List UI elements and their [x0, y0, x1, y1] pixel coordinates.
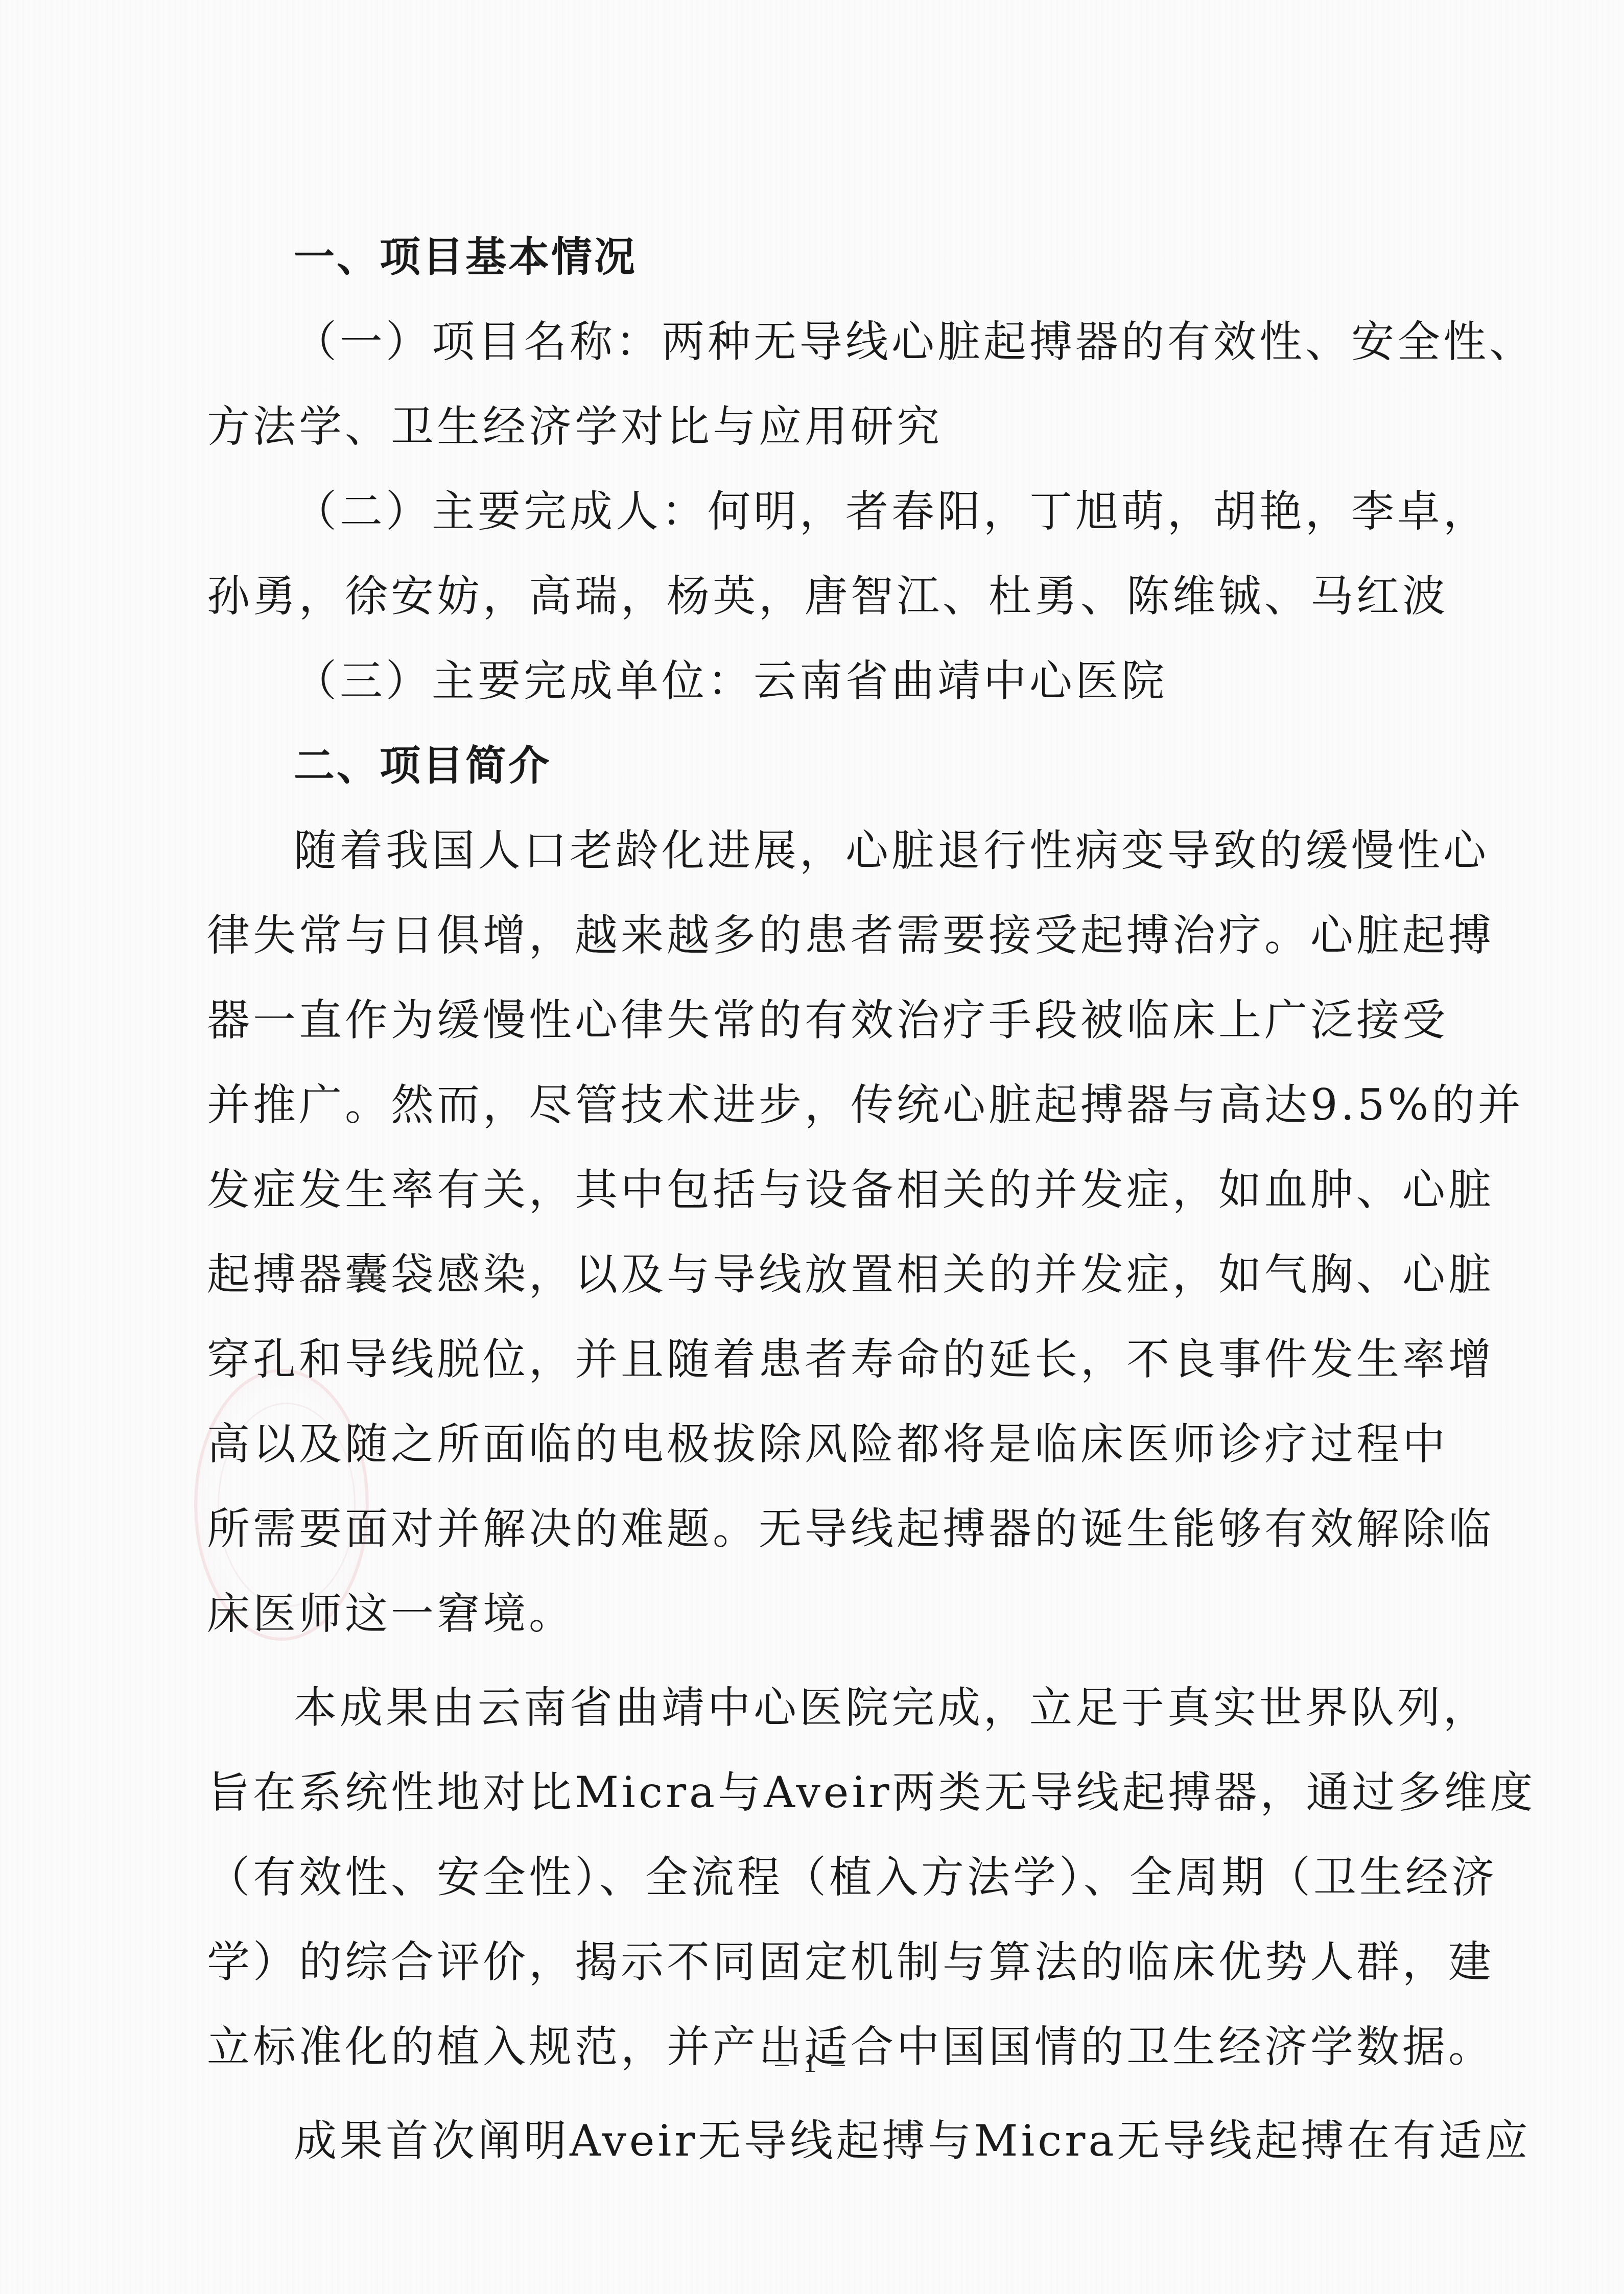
paragraph-line: 高以及随之所面临的电极拔除风险都将是临床医师诊疗过程中 [207, 1402, 1430, 1486]
paragraph-line: 所需要面对并解决的难题。无导线起搏器的诞生能够有效解除临 [207, 1486, 1430, 1571]
project-name-line-2: 方法学、卫生经济学对比与应用研究 [207, 384, 1430, 469]
paragraph-line: 穿孔和导线脱位，并且随着患者寿命的延长，不良事件发生率增 [207, 1317, 1430, 1402]
paragraph-line: 器一直作为缓慢性心律失常的有效治疗手段被临床上广泛接受 [207, 978, 1430, 1062]
paragraph-line: 成果首次阐明Aveir无导线起搏与Micra无导线起搏在有适应 [207, 2098, 1430, 2183]
paragraph-achievement-findings: 成果首次阐明Aveir无导线起搏与Micra无导线起搏在有适应 [207, 2098, 1430, 2183]
paragraph-line: 发症发生率有关，其中包括与设备相关的并发症，如血肿、心脏 [207, 1147, 1430, 1232]
paragraph-line: 并推广。然而，尽管技术进步，传统心脏起搏器与高达9.5%的并 [207, 1062, 1430, 1147]
paragraph-achievement-overview: 本成果由云南省曲靖中心医院完成，立足于真实世界队列， 旨在系统性地对比Micra… [207, 1665, 1430, 2089]
section-heading-basic-info: 一、项目基本情况 [207, 215, 1430, 299]
paragraph-line: 学）的综合评价，揭示不同固定机制与算法的临床优势人群，建 [207, 1920, 1430, 2004]
project-name-line-1: （一）项目名称：两种无导线心脏起搏器的有效性、安全性、 [207, 299, 1430, 384]
page-number: – 1 – [0, 2048, 1624, 2078]
paragraph-line: 随着我国人口老龄化进展，心脏退行性病变导致的缓慢性心 [207, 808, 1430, 893]
contributors-line-1: （二）主要完成人：何明，者春阳，丁旭萌，胡艳，李卓， [207, 469, 1430, 554]
paragraph-line: 旨在系统性地对比Micra与Aveir两类无导线起搏器，通过多维度 [207, 1750, 1430, 1835]
paragraph-line: 起搏器囊袋感染，以及与导线放置相关的并发症，如气胸、心脏 [207, 1232, 1430, 1317]
document-body: 一、项目基本情况 （一）项目名称：两种无导线心脏起搏器的有效性、安全性、 方法学… [207, 215, 1430, 2183]
section-heading-project-intro: 二、项目简介 [207, 723, 1430, 808]
contributors-line-2: 孙勇，徐安妨，高瑞，杨英，唐智江、杜勇、陈维铖、马红波 [207, 554, 1430, 638]
paragraph-line: 床医师这一窘境。 [207, 1571, 1430, 1656]
document-page: 一、项目基本情况 （一）项目名称：两种无导线心脏起搏器的有效性、安全性、 方法学… [0, 0, 1624, 2294]
paragraph-line: 本成果由云南省曲靖中心医院完成，立足于真实世界队列， [207, 1665, 1430, 1750]
main-unit-line: （三）主要完成单位：云南省曲靖中心医院 [207, 638, 1430, 723]
paragraph-line: （有效性、安全性）、全流程（植入方法学）、全周期（卫生经济 [207, 1835, 1430, 1920]
paragraph-background: 随着我国人口老龄化进展，心脏退行性病变导致的缓慢性心 律失常与日俱增，越来越多的… [207, 808, 1430, 1656]
paragraph-line: 律失常与日俱增，越来越多的患者需要接受起搏治疗。心脏起搏 [207, 893, 1430, 978]
